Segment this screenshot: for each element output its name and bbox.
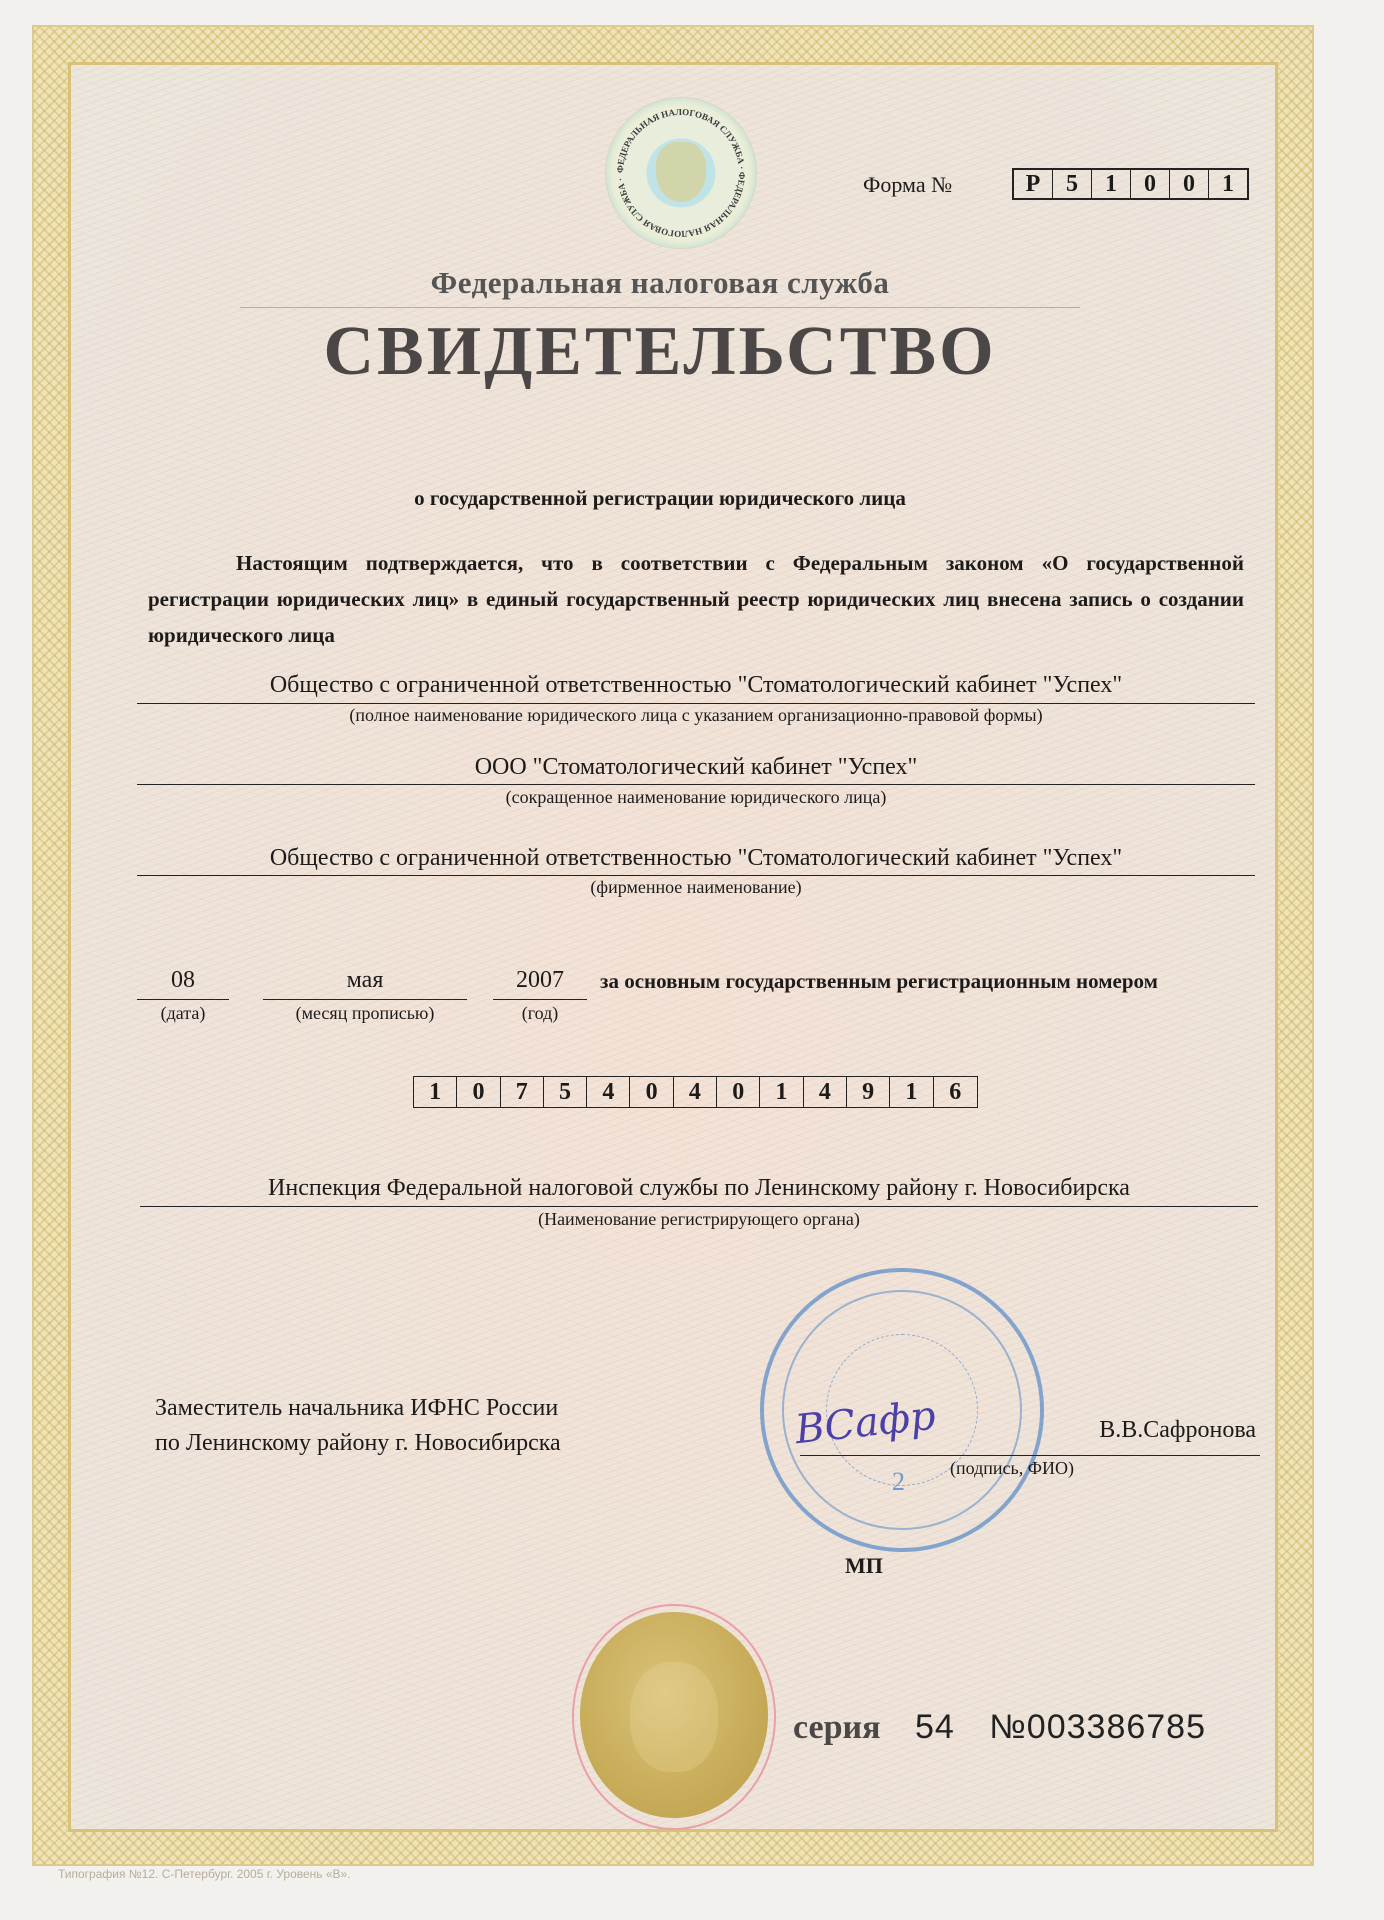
signatory-position-line2: по Ленинскому району г. Новосибирска [155,1430,561,1457]
authority-rule [140,1206,1258,1207]
stamp-place-label: МП [845,1553,883,1579]
full-name-caption: (полное наименование юридического лица с… [137,705,1255,726]
series-label: серия [793,1709,881,1746]
intro-text: Настоящим подтверждается, что в соответс… [148,551,1244,647]
reg-day-rule [137,999,229,1000]
gold-seal-eagle-icon [580,1612,768,1818]
signature-caption: (подпись, ФИО) [950,1458,1074,1479]
reg-year-rule [493,999,587,1000]
reg-year: 2007 [493,967,587,994]
short-name-rule [137,784,1255,785]
svg-text:ФЕДЕРАЛЬНАЯ НАЛОГОВАЯ СЛУЖБА ·: ФЕДЕРАЛЬНАЯ НАЛОГОВАЯ СЛУЖБА · ФЕДЕРАЛЬН… [615,107,747,239]
firm-name-caption: (фирменное наименование) [137,877,1255,898]
reg-year-caption: (год) [493,1003,587,1024]
form-code-digit: Р [1014,170,1053,198]
form-code-digit: 1 [1092,170,1131,198]
document-title: СВИДЕТЕЛЬСТВО [200,312,1120,392]
ogrn-digit: 1 [414,1077,457,1107]
ogrn-digit: 0 [717,1077,760,1107]
ogrn-digit: 5 [544,1077,587,1107]
agency-name: Федеральная налоговая служба [240,265,1080,301]
ogrn-label: за основным государственным регистрацион… [600,969,1158,994]
signature-rule [800,1455,1260,1456]
agency-divider [240,307,1080,308]
reg-month-rule [263,999,467,1000]
form-code-digit: 0 [1131,170,1170,198]
hologram-ring-text: ФЕДЕРАЛЬНАЯ НАЛОГОВАЯ СЛУЖБА · ФЕДЕРАЛЬН… [606,98,756,248]
ogrn-digit: 6 [934,1077,977,1107]
stamp-number: 2 [892,1467,905,1497]
ogrn-digit: 4 [804,1077,847,1107]
ogrn-boxes: 1075404014916 [413,1076,978,1108]
ogrn-digit: 4 [587,1077,630,1107]
ogrn-digit: 7 [501,1077,544,1107]
printer-note: Типография №12. С-Петербург. 2005 г. Уро… [58,1867,351,1881]
reg-day-caption: (дата) [137,1003,229,1024]
ogrn-digit: 1 [760,1077,803,1107]
ogrn-digit: 0 [630,1077,673,1107]
reg-day: 08 [137,967,229,994]
series-value: 54 [915,1708,955,1746]
ogrn-digit: 4 [674,1077,717,1107]
series-number: серия 54 №003386785 [793,1708,1206,1747]
firm-name-value: Общество с ограниченной ответственностью… [137,845,1255,872]
authority-caption: (Наименование регистрирующего органа) [140,1209,1258,1230]
form-code-digit: 5 [1053,170,1092,198]
signatory-name: В.В.Сафронова [1066,1417,1256,1444]
full-name-value: Общество с ограниченной ответственностью… [137,672,1255,699]
document-subtitle: о государственной регистрации юридическо… [200,486,1120,511]
form-number-label: Форма № [863,172,952,198]
blank-number: №003386785 [989,1708,1206,1746]
full-name-rule [137,703,1255,704]
hologram-emblem-icon: ФЕДЕРАЛЬНАЯ НАЛОГОВАЯ СЛУЖБА · ФЕДЕРАЛЬН… [605,97,757,249]
firm-name-rule [137,875,1255,876]
ogrn-digit: 9 [847,1077,890,1107]
signatory-position-line1: Заместитель начальника ИФНС России [155,1395,558,1422]
ogrn-digit: 1 [890,1077,933,1107]
short-name-value: ООО "Стоматологический кабинет "Успех" [137,754,1255,781]
reg-month-caption: (месяц прописью) [263,1003,467,1024]
form-number-boxes: Р51001 [1012,168,1249,200]
reg-month: мая [263,967,467,994]
short-name-caption: (сокращенное наименование юридического л… [137,787,1255,808]
intro-paragraph: Настоящим подтверждается, что в соответс… [148,545,1244,653]
ogrn-digit: 0 [457,1077,500,1107]
form-code-digit: 1 [1209,170,1247,198]
authority-name: Инспекция Федеральной налоговой службы п… [140,1175,1258,1202]
form-code-digit: 0 [1170,170,1209,198]
